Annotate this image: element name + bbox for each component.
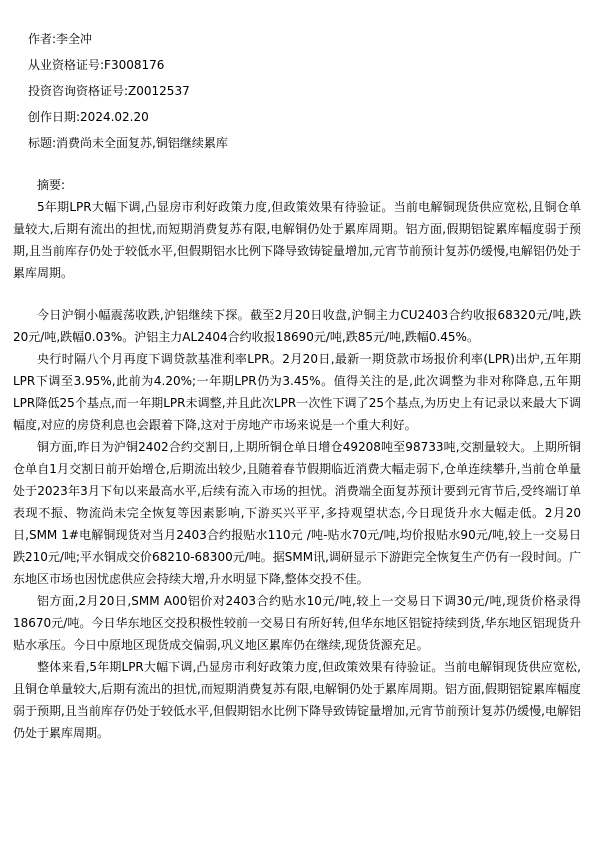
abstract-label: 摘要: [13, 174, 581, 196]
body-paragraph: 整体来看,5年期LPR大幅下调,凸显房市利好政策力度,但政策效果有待验证。当前电… [13, 656, 581, 744]
creation-date-line: 创作日期:2024.02.20 [28, 104, 581, 130]
author-line: 作者:李全冲 [28, 26, 581, 52]
document-header: 作者:李全冲 从业资格证号:F3008176 投资咨询资格证号:Z0012537… [28, 26, 581, 156]
report-body: 今日沪铜小幅震荡收跌,沪铝继续下探。截至2月20日收盘,沪铜主力CU2403合约… [13, 304, 581, 744]
document-page: 作者:李全冲 从业资格证号:F3008176 投资咨询资格证号:Z0012537… [0, 0, 595, 842]
body-paragraph: 央行时隔八个月再度下调贷款基准利率LPR。2月20日,最新一期贷款市场报价利率(… [13, 348, 581, 436]
practice-cert-line: 从业资格证号:F3008176 [28, 52, 581, 78]
body-paragraph: 今日沪铜小幅震荡收跌,沪铝继续下探。截至2月20日收盘,沪铜主力CU2403合约… [13, 304, 581, 348]
advisory-cert-line: 投资咨询资格证号:Z0012537 [28, 78, 581, 104]
abstract-text: 5年期LPR大幅下调,凸显房市利好政策力度,但政策效果有待验证。当前电解铜现货供… [13, 196, 581, 284]
body-paragraph: 铝方面,2月20日,SMM A00铝价对2403合约贴水10元/吨,较上一交易日… [13, 590, 581, 656]
body-paragraph: 铜方面,昨日为沪铜2402合约交割日,上期所铜仓单日增仓49208吨至98733… [13, 436, 581, 590]
report-title-line: 标题:消费尚未全面复苏,铜铝继续累库 [28, 130, 581, 156]
